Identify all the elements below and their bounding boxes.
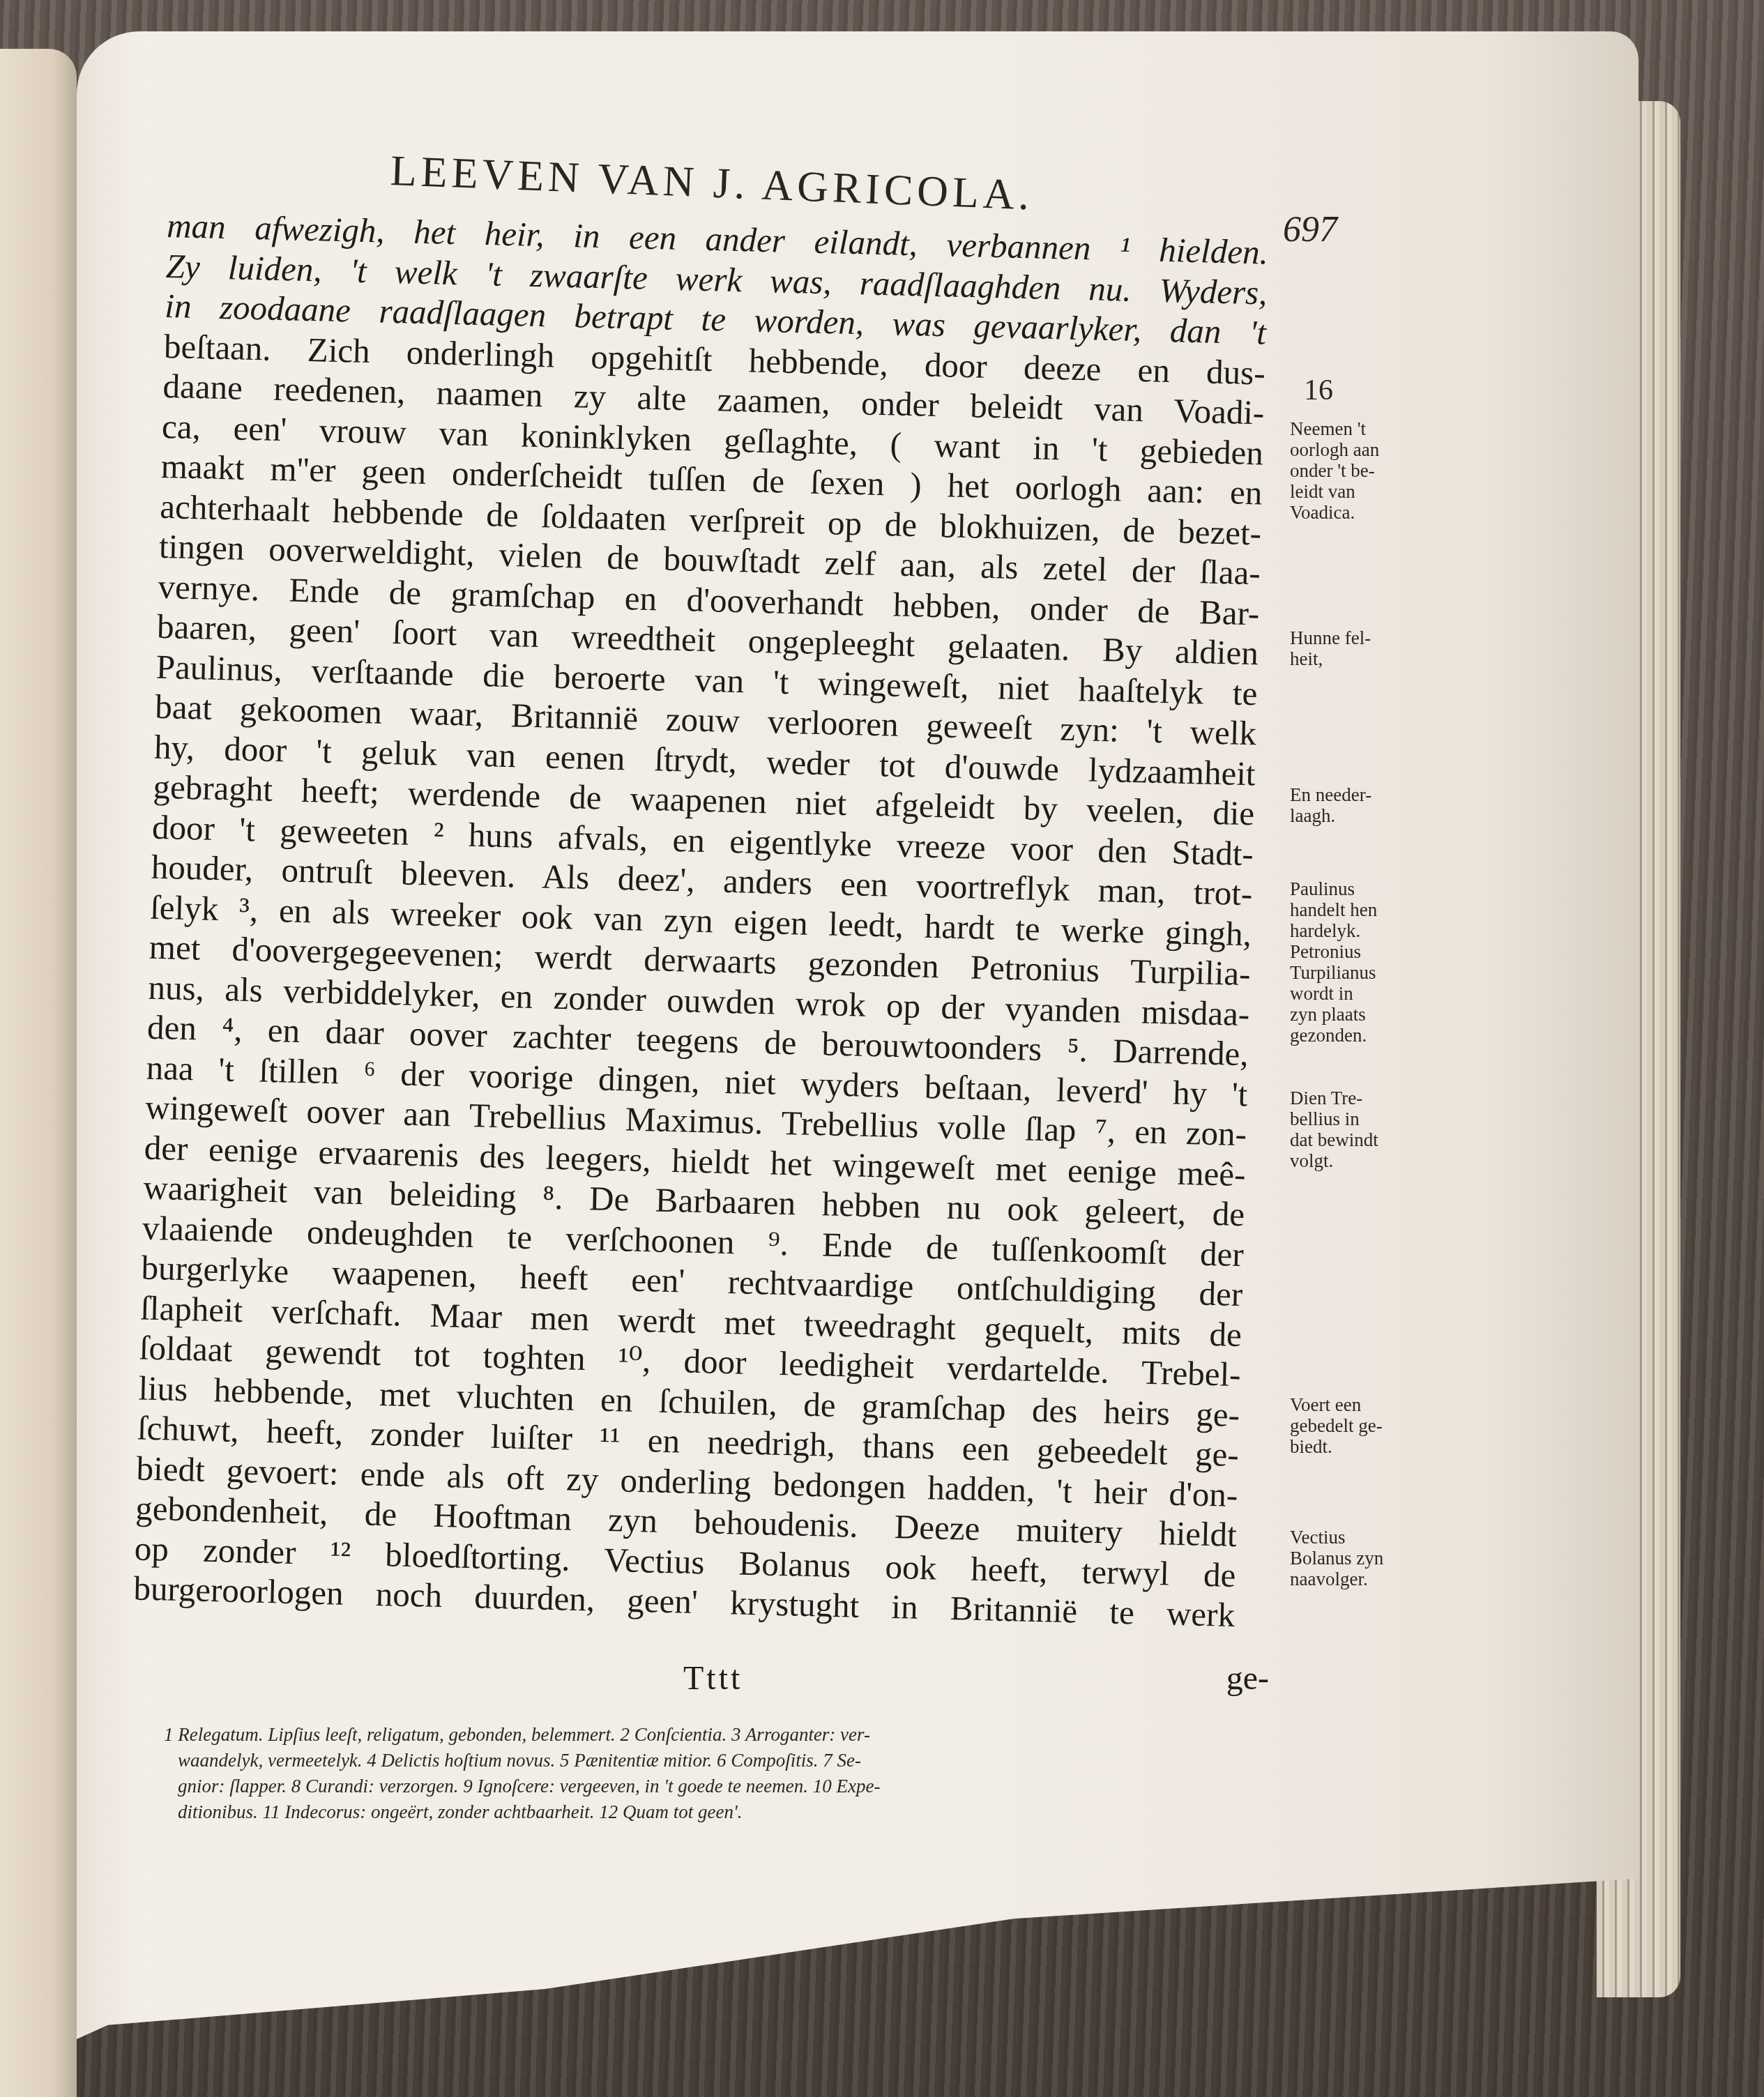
margin-note-line: dat bewindt — [1290, 1129, 1422, 1150]
footnote-line: ditionibus. 11 Indecorus: ongeërt, zonde… — [164, 1799, 1272, 1825]
margin-note-line: 16 — [1304, 380, 1422, 401]
margin-note-line: handelt hen — [1290, 899, 1422, 920]
margin-note-line: En needer- — [1290, 784, 1422, 805]
margin-note-line: Voert een — [1290, 1394, 1422, 1415]
margin-note-line: oorlogh aan — [1290, 439, 1422, 460]
margin-note: VectiusBolanus zynnaavolger. — [1290, 1527, 1422, 1589]
margin-note: En needer-laagh. — [1290, 784, 1422, 826]
margin-note-line: volgt. — [1290, 1150, 1422, 1171]
footnote-line: gnior: ſlapper. 8 Curandi: verzorgen. 9 … — [164, 1774, 1272, 1799]
signature-mark: Tttt — [683, 1659, 743, 1698]
margin-note-line: hardelyk. — [1290, 920, 1422, 941]
margin-note-line: laagh. — [1290, 805, 1422, 826]
body-text: man afwezigh, het heir, in een ander eil… — [133, 206, 1269, 1635]
margin-note-line: gezonden. — [1290, 1025, 1422, 1046]
margin-note: Hunne fel-heit, — [1290, 627, 1422, 669]
margin-note-line: bellius in — [1290, 1108, 1422, 1129]
margin-note: Dien Tre-bellius indat bewindtvolgt. — [1290, 1088, 1422, 1171]
page-number: 697 — [1283, 209, 1337, 250]
margin-note-line: wordt in — [1290, 983, 1422, 1004]
margin-note-line: Paulinus — [1290, 878, 1422, 899]
margin-note-line: onder 't be- — [1290, 460, 1422, 481]
margin-note-line: Turpilianus — [1290, 962, 1422, 983]
footnotes: 1 Relegatum. Lipſius leeſt, religatum, g… — [164, 1722, 1272, 1825]
footnote-line: 1 Relegatum. Lipſius leeſt, religatum, g… — [164, 1722, 1272, 1748]
signature-row: Tttt ge- — [167, 1659, 1269, 1701]
margin-note-line: naavolger. — [1290, 1569, 1422, 1589]
margin-note-line: Neemen 't — [1290, 418, 1422, 439]
margin-note-line: Hunne fel- — [1290, 627, 1422, 648]
margin-note-line: Dien Tre- — [1290, 1088, 1422, 1108]
catchword: ge- — [1226, 1659, 1269, 1698]
footnote-line: waandelyk, vermeetelyk. 4 Delictis hoſti… — [164, 1748, 1272, 1774]
margin-note-line: Petronius — [1290, 941, 1422, 962]
margin-note-line: leidt van — [1290, 481, 1422, 502]
margin-note: Voert eengebedelt ge-biedt. — [1290, 1394, 1422, 1457]
margin-note-line: biedt. — [1290, 1436, 1422, 1457]
margin-note-line: Bolanus zyn — [1290, 1548, 1422, 1569]
margin-note: Paulinushandelt henhardelyk.PetroniusTur… — [1290, 878, 1422, 1046]
margin-note-line: zyn plaats — [1290, 1004, 1422, 1025]
facing-left-page — [0, 49, 77, 2097]
margin-note-line: heit, — [1290, 648, 1422, 669]
margin-note-line: Voadica. — [1290, 502, 1422, 523]
margin-note-line: Vectius — [1290, 1527, 1422, 1548]
section-number: 16 — [1290, 380, 1422, 401]
margin-note-line: gebedelt ge- — [1290, 1415, 1422, 1436]
margin-note: Neemen 'toorlogh aanonder 't be-leidt va… — [1290, 418, 1422, 523]
